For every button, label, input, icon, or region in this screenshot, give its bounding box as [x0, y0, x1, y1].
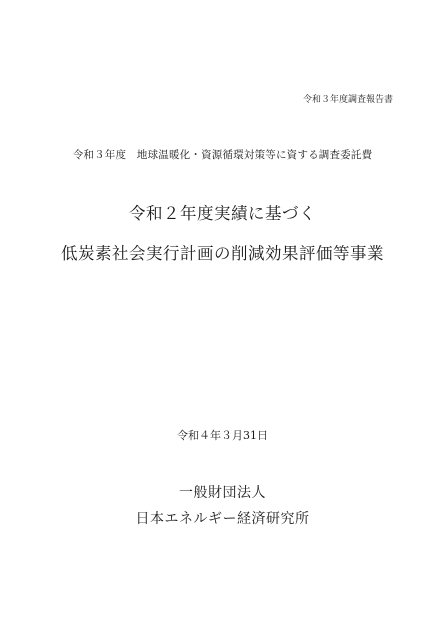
organization-name: 日本エネルギー経済研究所	[0, 512, 445, 526]
title-line-1: 令和２年度実績に基づく	[0, 206, 445, 223]
document-cover-page: 令和３年度調査報告書 令和３年度 地球温暖化・資源循環対策等に資する調査委託費 …	[0, 0, 445, 630]
title-line-2: 低炭素社会実行計画の削減効果評価等事業	[0, 246, 445, 263]
report-type-label: 令和３年度調査報告書	[303, 96, 393, 105]
commission-subtitle: 令和３年度 地球温暖化・資源循環対策等に資する調査委託費	[0, 150, 445, 161]
publication-date: 令和４年３月31日	[0, 430, 445, 441]
organization-type: 一般財団法人	[0, 486, 445, 500]
